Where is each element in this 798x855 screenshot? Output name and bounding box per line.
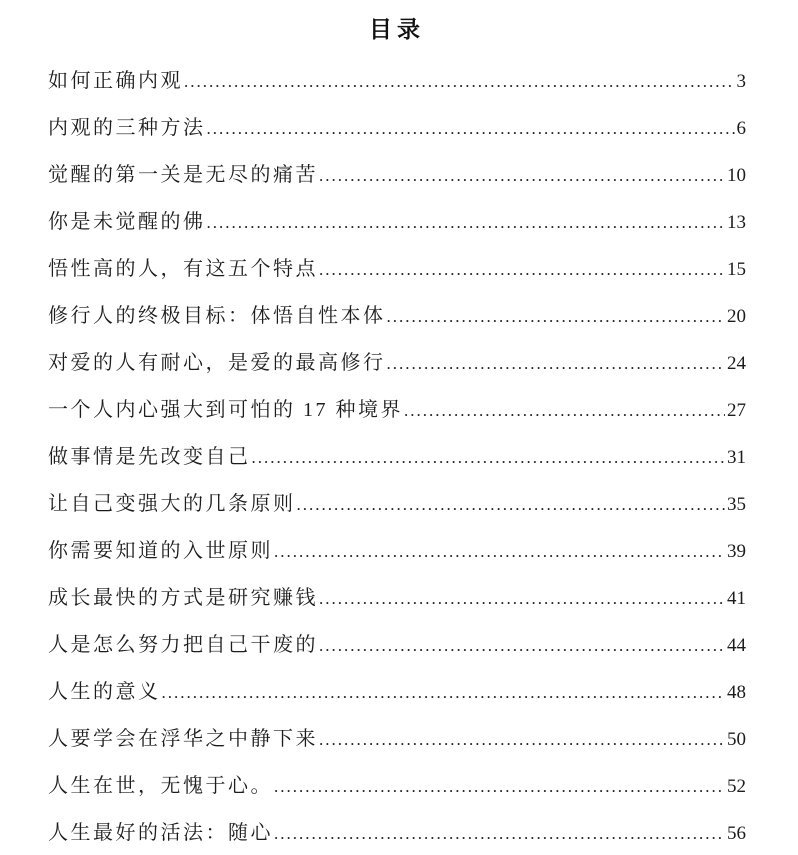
toc-entry-page: 13 bbox=[726, 212, 746, 234]
toc-entry-title: 让自己变强大的几条原则 bbox=[48, 481, 296, 528]
toc-entry-title: 觉醒的第一关是无尽的痛苦 bbox=[48, 152, 318, 199]
toc-entry[interactable]: 一个人内心强大到可怕的 17 种境界 27 bbox=[48, 387, 746, 434]
toc-entry[interactable]: 觉醒的第一关是无尽的痛苦 10 bbox=[48, 152, 746, 199]
dot-leader bbox=[319, 636, 725, 656]
toc-entry-page: 39 bbox=[726, 541, 746, 563]
toc-entry-title: 成长最快的方式是研究赚钱 bbox=[48, 575, 318, 622]
dot-leader bbox=[274, 777, 725, 797]
toc-entry-title: 对爱的人有耐心，是爱的最高修行 bbox=[48, 340, 386, 387]
toc-entry-title: 如何正确内观 bbox=[48, 58, 183, 105]
dot-leader bbox=[207, 213, 726, 233]
dot-leader bbox=[387, 354, 726, 374]
toc-entry-title: 你需要知道的入世原则 bbox=[48, 528, 273, 575]
toc-entry[interactable]: 你需要知道的入世原则 39 bbox=[48, 528, 746, 575]
toc-entry[interactable]: 人生最好的活法：随心 56 bbox=[48, 810, 746, 855]
page-title: 目录 bbox=[48, 14, 746, 46]
toc-entry-page: 52 bbox=[726, 776, 746, 798]
dot-leader bbox=[252, 448, 726, 468]
toc-entry[interactable]: 人是怎么努力把自己干废的 44 bbox=[48, 622, 746, 669]
toc-entry-title: 你是未觉醒的佛 bbox=[48, 199, 206, 246]
dot-leader bbox=[207, 119, 735, 139]
toc-entry-page: 50 bbox=[726, 729, 746, 751]
toc-entry-title: 人是怎么努力把自己干废的 bbox=[48, 622, 318, 669]
toc-entry[interactable]: 成长最快的方式是研究赚钱 41 bbox=[48, 575, 746, 622]
toc-entry-title: 做事情是先改变自己 bbox=[48, 434, 251, 481]
toc-entry[interactable]: 如何正确内观 3 bbox=[48, 58, 746, 105]
dot-leader bbox=[319, 166, 725, 186]
dot-leader bbox=[319, 730, 725, 750]
toc-entry-page: 35 bbox=[726, 494, 746, 516]
toc-entry[interactable]: 你是未觉醒的佛 13 bbox=[48, 199, 746, 246]
toc-entry-page: 56 bbox=[726, 823, 746, 845]
dot-leader bbox=[274, 542, 725, 562]
dot-leader bbox=[274, 824, 725, 844]
toc-entry-page: 20 bbox=[726, 306, 746, 328]
toc-entry[interactable]: 悟性高的人，有这五个特点 15 bbox=[48, 246, 746, 293]
toc-entry[interactable]: 对爱的人有耐心，是爱的最高修行 24 bbox=[48, 340, 746, 387]
dot-leader bbox=[162, 683, 726, 703]
toc-entry-title: 人生在世，无愧于心。 bbox=[48, 763, 273, 810]
toc-entry[interactable]: 让自己变强大的几条原则 35 bbox=[48, 481, 746, 528]
dot-leader bbox=[297, 495, 726, 515]
toc-entry-page: 27 bbox=[726, 400, 746, 422]
toc-entry[interactable]: 做事情是先改变自己 31 bbox=[48, 434, 746, 481]
toc-entry-page: 41 bbox=[726, 588, 746, 610]
dot-leader bbox=[387, 307, 726, 327]
toc-entry-title: 人要学会在浮华之中静下来 bbox=[48, 716, 318, 763]
toc-page: 目录 如何正确内观 3 内观的三种方法 6 觉醒的第一关是无尽的痛苦 10 你是… bbox=[0, 0, 798, 855]
dot-leader bbox=[319, 260, 725, 280]
toc-entry-page: 44 bbox=[726, 635, 746, 657]
toc-entry[interactable]: 修行人的终极目标：体悟自性本体 20 bbox=[48, 293, 746, 340]
toc-entry-page: 24 bbox=[726, 353, 746, 375]
toc-entry-page: 48 bbox=[726, 682, 746, 704]
toc-entry[interactable]: 内观的三种方法 6 bbox=[48, 105, 746, 152]
toc-entry-page: 3 bbox=[736, 71, 747, 93]
toc-entry[interactable]: 人生的意义 48 bbox=[48, 669, 746, 716]
toc-list: 如何正确内观 3 内观的三种方法 6 觉醒的第一关是无尽的痛苦 10 你是未觉醒… bbox=[48, 58, 746, 855]
dot-leader bbox=[319, 589, 725, 609]
toc-entry-page: 31 bbox=[726, 447, 746, 469]
toc-entry-page: 15 bbox=[726, 259, 746, 281]
toc-entry-title: 一个人内心强大到可怕的 17 种境界 bbox=[48, 387, 403, 434]
toc-entry[interactable]: 人生在世，无愧于心。 52 bbox=[48, 763, 746, 810]
toc-entry[interactable]: 人要学会在浮华之中静下来 50 bbox=[48, 716, 746, 763]
dot-leader bbox=[184, 72, 735, 92]
toc-entry-title: 内观的三种方法 bbox=[48, 105, 206, 152]
toc-entry-title: 人生的意义 bbox=[48, 669, 161, 716]
toc-entry-title: 悟性高的人，有这五个特点 bbox=[48, 246, 318, 293]
toc-entry-title: 修行人的终极目标：体悟自性本体 bbox=[48, 293, 386, 340]
dot-leader bbox=[404, 401, 725, 421]
toc-entry-title: 人生最好的活法：随心 bbox=[48, 810, 273, 855]
toc-entry-page: 6 bbox=[736, 118, 747, 140]
toc-entry-page: 10 bbox=[726, 165, 746, 187]
